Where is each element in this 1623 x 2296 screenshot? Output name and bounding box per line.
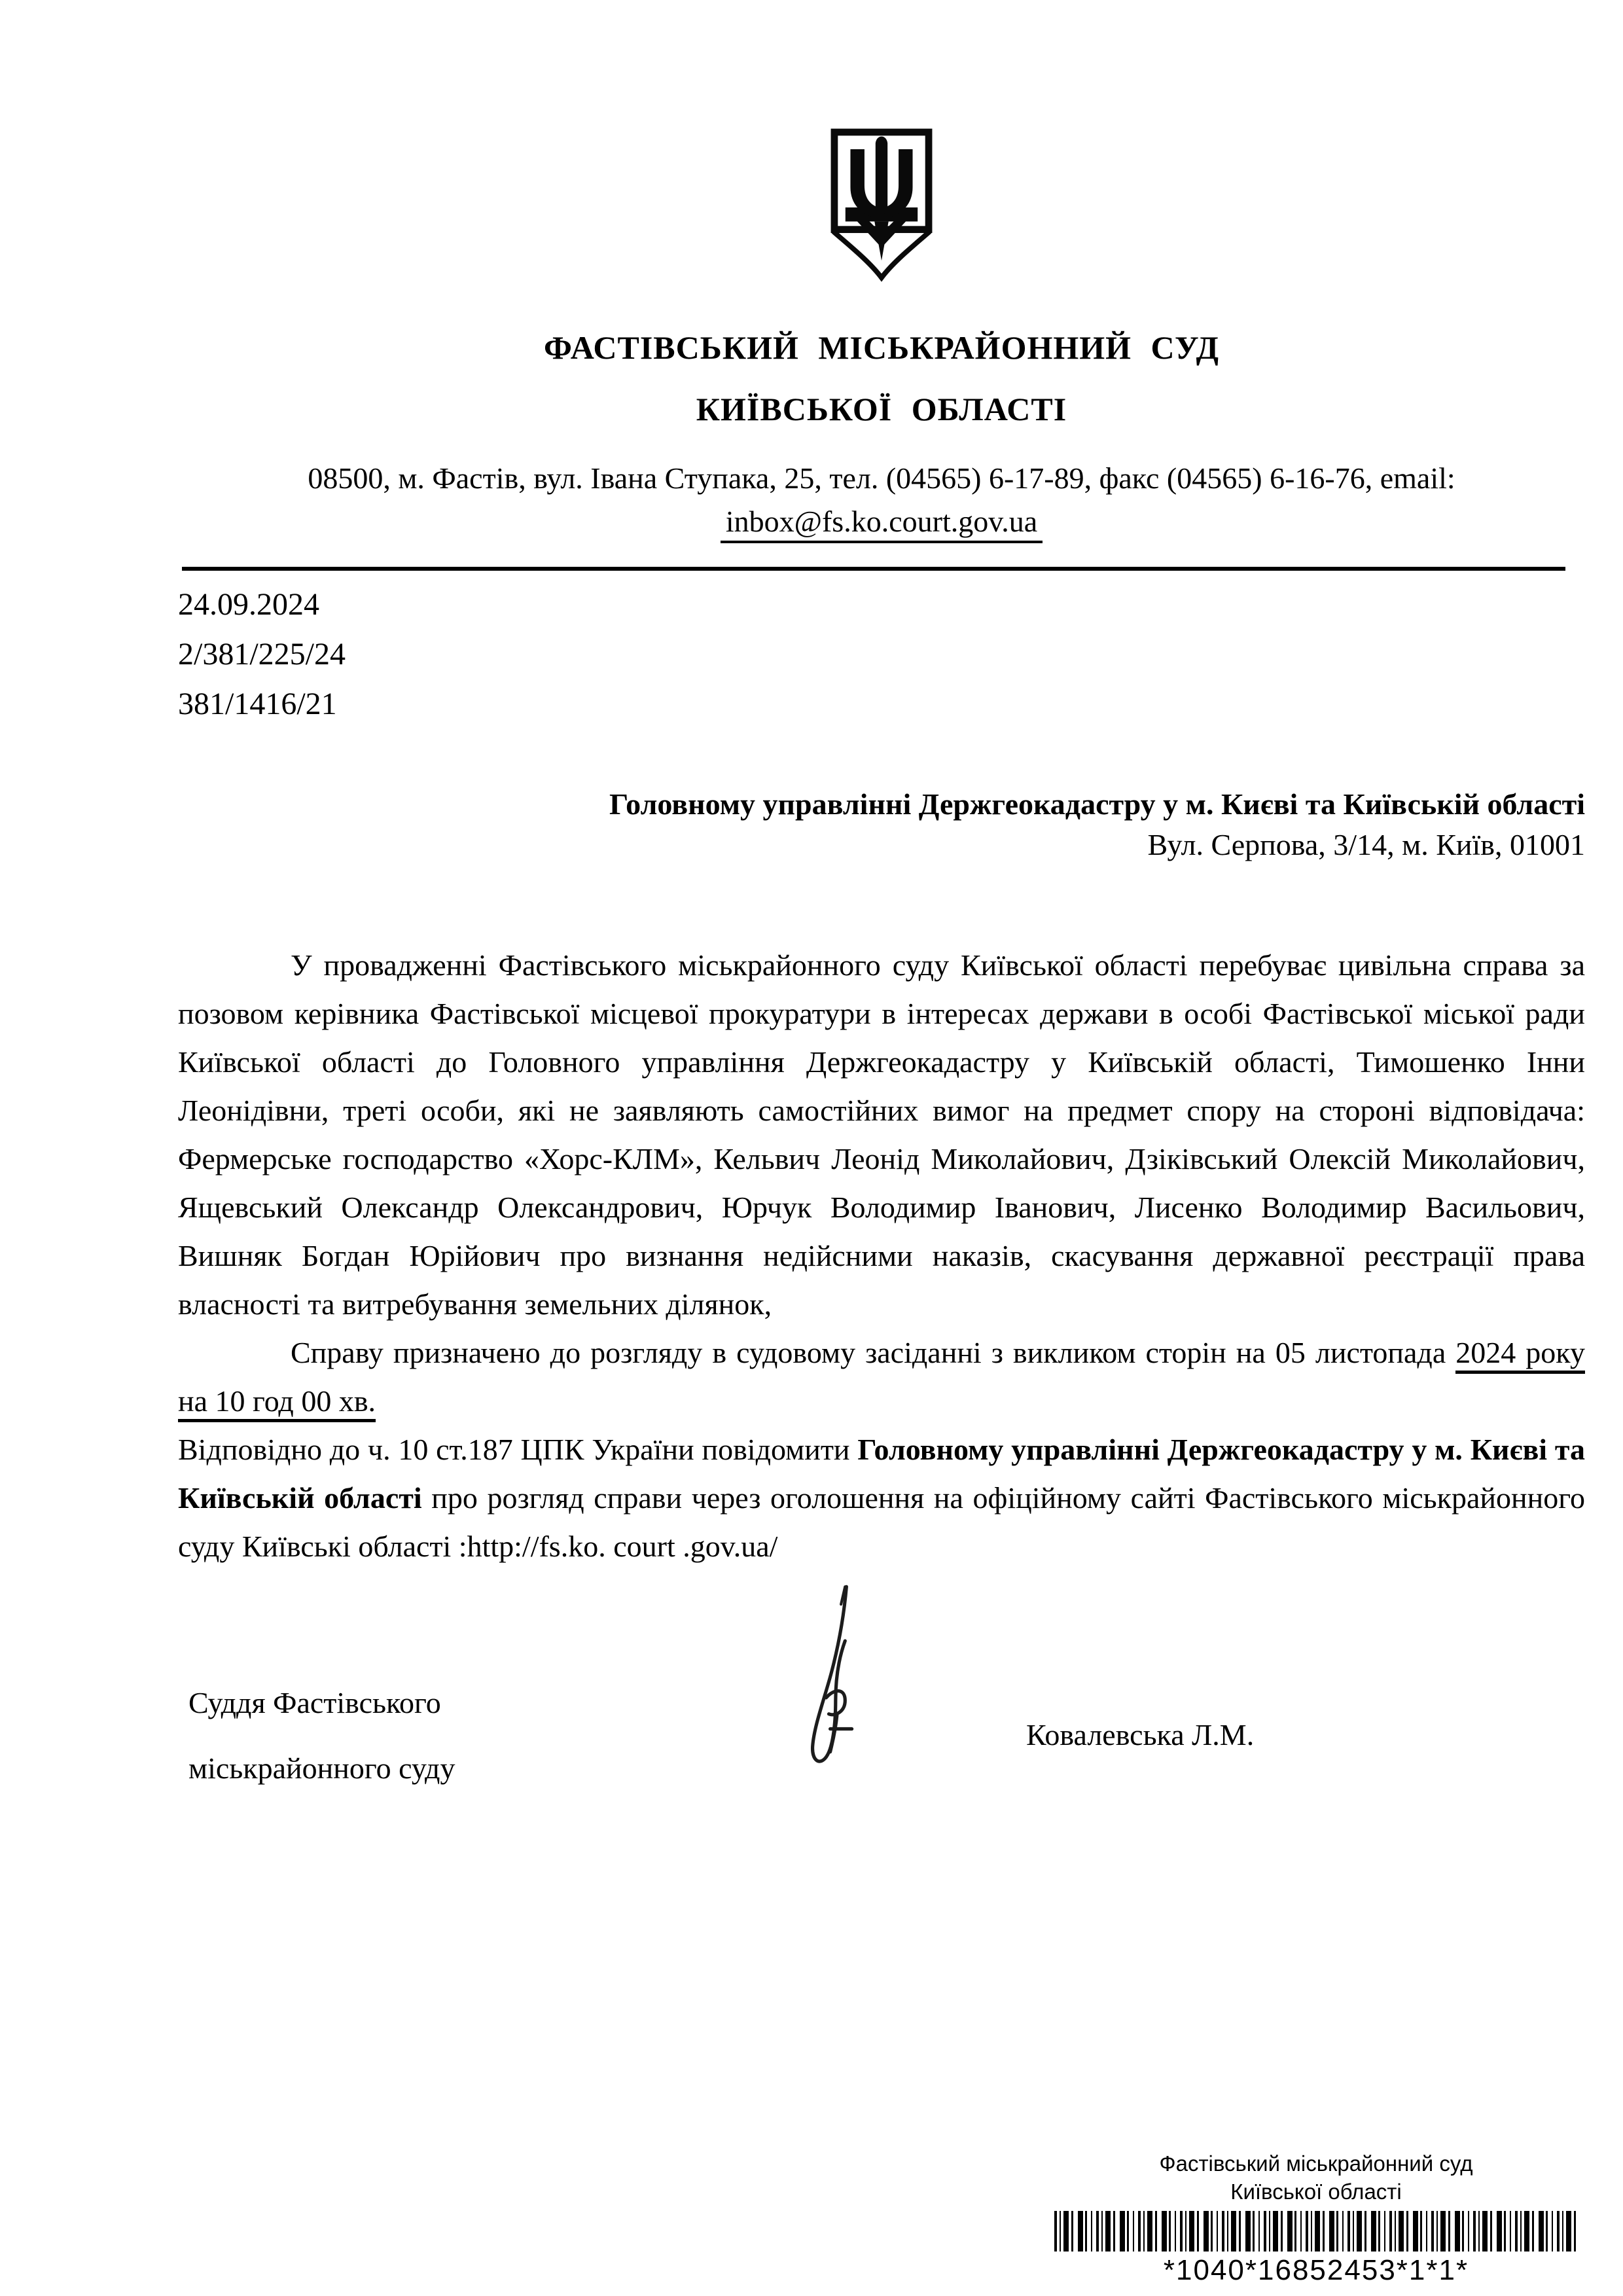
court-name-line1: ФАСТІВСЬКИЙ МІСЬКРАЙОННИЙ СУД	[178, 329, 1585, 367]
judge-name: Ковалевська Л.М.	[1026, 1717, 1254, 1752]
court-email: inbox@fs.ko.court.gov.ua	[721, 504, 1043, 543]
addressee-name: Головному управлінні Держгеокадастру у м…	[178, 784, 1585, 825]
addressee-block: Головному управлінні Держгеокадастру у м…	[178, 784, 1585, 865]
signature-block: Суддя Фастівського міськрайонного суду К…	[178, 1614, 1585, 1922]
document-meta: 24.09.2024 2/381/225/24 381/1416/21	[178, 580, 1585, 729]
header-divider	[182, 567, 1565, 571]
document-page: ФАСТІВСЬКИЙ МІСЬКРАЙОННИЙ СУД КИЇВСЬКОЇ …	[0, 0, 1623, 2296]
court-name-line2: КИЇВСЬКОЇ ОБЛАСТІ	[178, 390, 1585, 428]
court-email-row: inbox@fs.ko.court.gov.ua	[178, 504, 1585, 543]
hearing-schedule-paragraph: Справу призначено до розгляду в судовому…	[178, 1329, 1585, 1426]
court-address-line: 08500, м. Фастів, вул. Івана Ступака, 25…	[178, 458, 1585, 499]
footer-court-line2: Київської області	[1018, 2178, 1614, 2206]
case-number-primary: 2/381/225/24	[178, 630, 1585, 679]
barcode-text: *1040*16852453*1*1*	[1018, 2254, 1614, 2287]
addressee-address: Вул. Серпова, 3/14, м. Київ, 01001	[178, 825, 1585, 865]
footer-court-line1: Фастівський міськрайонний суд	[1018, 2149, 1614, 2178]
code39-barcode-icon	[1054, 2211, 1578, 2251]
hearing-schedule-text: Справу призначено до розгляду в судовому…	[291, 1336, 1455, 1369]
judge-title-line2: міськрайонного суду	[188, 1736, 455, 1801]
notification-intro-text: Відповідно до ч. 10 ст.187 ЦПК України п…	[178, 1433, 857, 1466]
notification-paragraph: Відповідно до ч. 10 ст.187 ЦПК України п…	[178, 1426, 1585, 1571]
judge-title: Суддя Фастівського міськрайонного суду	[188, 1670, 455, 1801]
judge-title-line1: Суддя Фастівського	[188, 1670, 455, 1736]
case-number-secondary: 381/1416/21	[178, 679, 1585, 729]
case-description-paragraph: У провадженні Фастівського міськрайонног…	[178, 941, 1585, 1329]
letterhead: ФАСТІВСЬКИЙ МІСЬКРАЙОННИЙ СУД КИЇВСЬКОЇ …	[178, 127, 1585, 543]
barcode-footer: Фастівський міськрайонний суд Київської …	[1018, 2149, 1614, 2287]
document-date: 24.09.2024	[178, 580, 1585, 630]
handwritten-signature-icon	[787, 1581, 891, 1778]
ukraine-trident-emblem-icon	[821, 127, 942, 292]
